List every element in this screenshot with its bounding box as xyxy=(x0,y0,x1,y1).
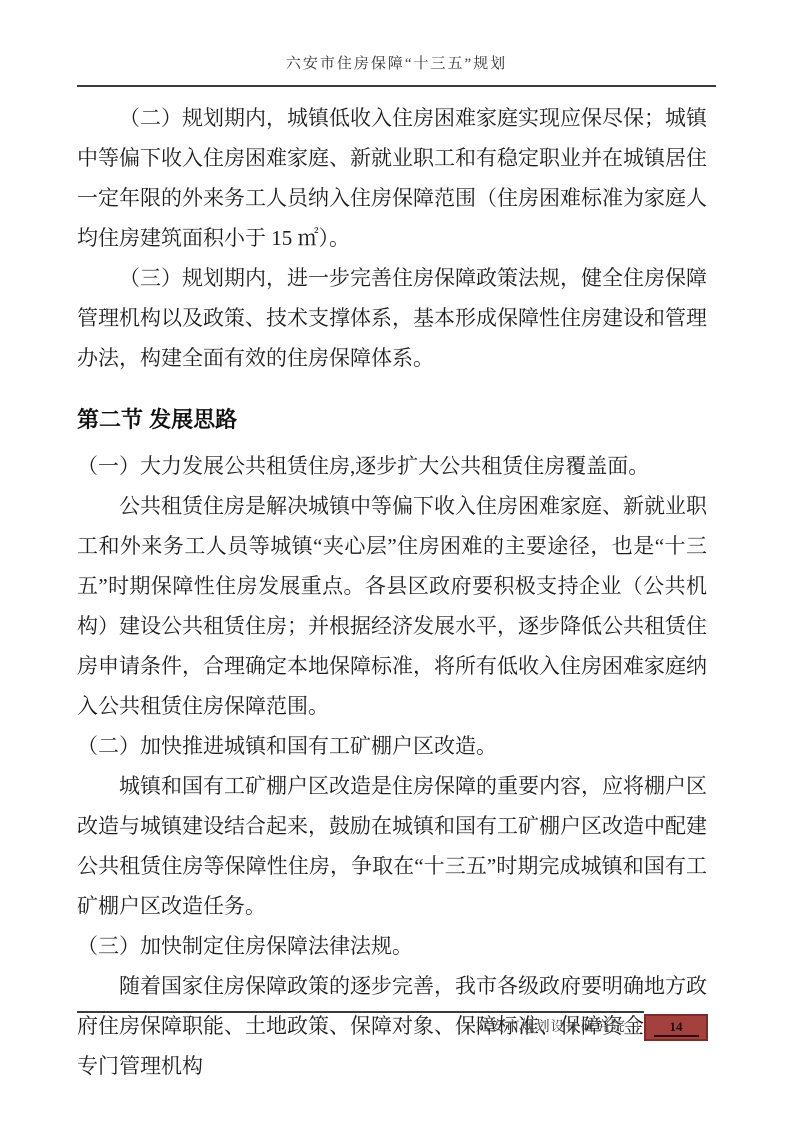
paragraph-shantytown: 城镇和国有工矿棚户区改造是住房保障的重要内容，应将棚户区改造与城镇建设结合起来，… xyxy=(77,766,707,926)
page-number: 14 xyxy=(654,1019,699,1037)
list-item-3: （三）加快制定住房保障法律法规。 xyxy=(77,926,707,966)
footer-divider xyxy=(77,1011,644,1013)
header-divider xyxy=(77,85,716,87)
paragraph-objective-3: （三）规划期内，进一步完善住房保障政策法规，健全住房保障管理机构以及政策、技术支… xyxy=(77,258,707,378)
paragraph-public-rental: 公共租赁住房是解决城镇中等偏下收入住房困难家庭、新就业职工和外来务工人员等城镇“… xyxy=(77,486,707,726)
list-item-2: （二）加快推进城镇和国有工矿棚户区改造。 xyxy=(77,726,707,766)
footer-organization: 六安市规划设计研究院 xyxy=(476,1020,626,1035)
page-number-badge: 14 xyxy=(644,1014,708,1041)
paragraph-objective-2: （二）规划期内，城镇低收入住房困难家庭实现应保尽保；城镇中等偏下收入住房困难家庭… xyxy=(77,98,707,258)
page-header-title: 六安市住房保障“十三五”规划 xyxy=(0,52,793,73)
footer: 六安市规划设计研究院 | xyxy=(77,1017,640,1039)
document-body: （二）规划期内，城镇低收入住房困难家庭实现应保尽保；城镇中等偏下收入住房困难家庭… xyxy=(77,98,707,1086)
footer-separator: | xyxy=(636,1020,640,1035)
document-page: 六安市住房保障“十三五”规划 （二）规划期内，城镇低收入住房困难家庭实现应保尽保… xyxy=(0,0,793,1122)
section-heading: 第二节 发展思路 xyxy=(77,398,707,442)
list-item-1: （一）大力发展公共租赁住房,逐步扩大公共租赁住房覆盖面。 xyxy=(77,446,707,486)
